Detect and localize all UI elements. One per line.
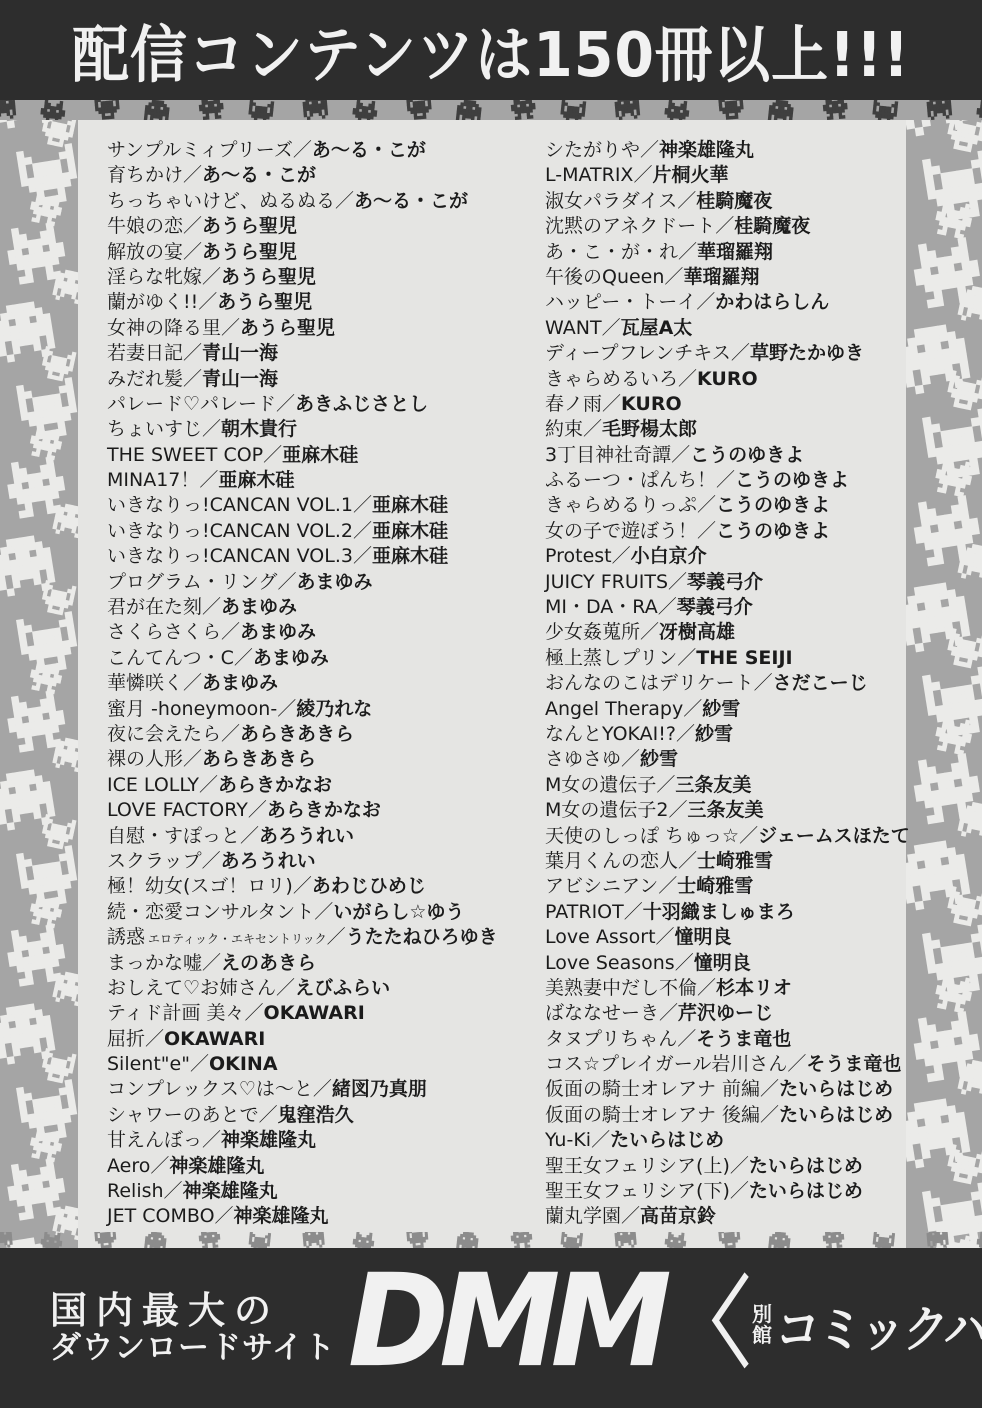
separator: ／: [353, 520, 372, 542]
title-text: 沈黙のアネクドート: [545, 215, 715, 237]
author-text: THE SEIJI: [696, 647, 792, 669]
title-text: 午後のQueen: [545, 266, 664, 288]
title-text: Love Assort: [545, 926, 656, 948]
title-text: 誘惑: [107, 926, 145, 948]
author-text: かわはらしん: [715, 291, 829, 313]
title-text: MINA17！: [107, 469, 199, 491]
author-text: たいらはじめ: [749, 1155, 863, 1177]
author-text: こうのゆきよ: [716, 520, 830, 542]
list-item: 蜜月 -honeymoon-／綾乃れな: [107, 697, 498, 722]
author-text: 小白京介: [631, 545, 707, 567]
list-item: 女の子で遊ぼう！／こうのゆきよ: [545, 519, 910, 544]
annex-label-top: 別: [752, 1304, 772, 1325]
list-item: 仮面の騎士オレアナ 前編／たいらはじめ: [545, 1077, 910, 1102]
separator: ／: [677, 647, 696, 669]
author-text: こうのゆきよ: [716, 494, 830, 516]
list-item: 育ちかけ／あ〜る・こが: [107, 163, 498, 188]
title-text: 天使のしっぽ ちゅっ☆: [545, 825, 739, 847]
author-text: 三条友美: [675, 774, 751, 796]
title-text: 淑女パラダイス: [545, 190, 677, 212]
separator: ／: [675, 952, 694, 974]
separator: ／: [730, 1180, 749, 1202]
separator: ／: [658, 875, 677, 897]
list-item: 解放の宴／あうら聖児: [107, 240, 498, 265]
list-item: 裸の人形／あらきあきら: [107, 747, 498, 772]
author-text: 青山一海: [202, 342, 278, 364]
author-text: 朝木貴行: [221, 418, 297, 440]
title-text: パレード♡パレード: [107, 393, 276, 415]
author-text: KURO: [621, 393, 682, 415]
author-text: 杉本リオ: [716, 977, 792, 999]
header-banner: 配信コンテンツは150冊以上!!!: [0, 0, 982, 100]
title-text: 春ノ雨: [545, 393, 602, 415]
separator: ／: [739, 825, 758, 847]
list-item: タヌプリちゃん／そうま竜也: [545, 1027, 910, 1052]
title-text: なんとYOKAI!?: [545, 723, 676, 745]
list-item: 蘭丸学園／高苗京鈴: [545, 1204, 910, 1229]
author-text: あらきあきら: [240, 723, 354, 745]
separator: ／: [215, 1205, 234, 1227]
separator: ／: [697, 520, 716, 542]
author-text: 華瑠羅翔: [697, 241, 773, 263]
author-text: あまゆみ: [296, 571, 372, 593]
separator: ／: [760, 1078, 779, 1100]
title-text: 甘えんぼっ: [107, 1129, 202, 1151]
author-text: あきふじさとし: [295, 393, 428, 415]
title-text: 蘭丸学園: [545, 1205, 621, 1227]
list-item: Angel Therapy／紗雪: [545, 697, 910, 722]
title-text: WANT: [545, 317, 602, 339]
separator: ／: [697, 494, 716, 516]
title-text: 極上蒸しプリン: [545, 647, 677, 669]
separator: ／: [754, 672, 773, 694]
space-invader-pattern-right: [906, 98, 982, 1248]
title-text: 仮面の騎士オレアナ 後編: [545, 1104, 760, 1126]
list-item: 華憐咲く／あまゆみ: [107, 671, 498, 696]
author-text: いがらし☆ゆう: [333, 901, 464, 923]
list-item: 聖王女フェリシア(上)／たいらはじめ: [545, 1154, 910, 1179]
title-text: 若妻日記: [107, 342, 183, 364]
list-item: 天使のしっぽ ちゅっ☆／ジェームスほたて: [545, 824, 910, 849]
separator: ／: [683, 698, 702, 720]
separator: ／: [656, 774, 675, 796]
title-text: 夜に会えたら: [107, 723, 221, 745]
title-text: コンプレックス♡は〜と: [107, 1078, 313, 1100]
title-text: 牛娘の恋: [107, 215, 183, 237]
title-text: ハッピー・トーイ: [545, 291, 696, 313]
title-text: おんなのこはデリケート: [545, 672, 754, 694]
author-text: 神楽雄隆丸: [221, 1129, 316, 1151]
title-text: JET COMBO: [107, 1205, 215, 1227]
author-text: あまゆみ: [202, 672, 278, 694]
author-text: 神楽雄隆丸: [659, 139, 754, 161]
list-item: MI・DA・RA／琴義弓介: [545, 595, 910, 620]
dmm-logo: DMM: [348, 1257, 662, 1385]
separator: ／: [696, 291, 715, 313]
author-text: 瓦屋A太: [621, 317, 693, 339]
title-text: 裸の人形: [107, 748, 183, 770]
title-text: Protest: [545, 545, 612, 567]
list-item: 若妻日記／青山一海: [107, 341, 498, 366]
title-text: 解放の宴: [107, 241, 183, 263]
list-item: 牛娘の恋／あうら聖児: [107, 214, 498, 239]
list-item: 美熟妻中だし不倫／杉本リオ: [545, 976, 910, 1001]
list-item: WANT／瓦屋A太: [545, 316, 910, 341]
separator: ／: [760, 1104, 779, 1126]
separator: ／: [164, 1180, 183, 1202]
torn-edge-band-top: [0, 98, 982, 120]
list-item: Silent"e"／OKINA: [107, 1052, 498, 1077]
author-text: あまゆみ: [253, 647, 329, 669]
list-item: なんとYOKAI!?／紗雪: [545, 722, 910, 747]
title-text: Aero: [107, 1155, 150, 1177]
separator: ／: [716, 469, 735, 491]
author-text: こうのゆきよ: [735, 469, 849, 491]
author-text: たいらはじめ: [610, 1129, 724, 1151]
space-invader-pattern-left: [0, 98, 78, 1248]
separator: ／: [183, 342, 202, 364]
separator: ／: [183, 241, 202, 263]
title-text: コス☆プレイガール岩川さん: [545, 1053, 787, 1075]
list-item: PATRIOT／十羽織ましゅまろ: [545, 900, 910, 925]
title-text: Yu-Ki: [545, 1129, 591, 1151]
separator: ／: [621, 748, 640, 770]
title-text: Angel Therapy: [545, 698, 683, 720]
separator: ／: [199, 469, 218, 491]
separator: ／: [314, 901, 333, 923]
page-title: 配信コンテンツは150冊以上!!!: [72, 6, 910, 95]
separator: ／: [202, 418, 221, 440]
list-item: 聖王女フェリシア(下)／たいらはじめ: [545, 1179, 910, 1204]
list-item: いきなりっ!CANCAN VOL.2／亜麻木硅: [107, 519, 498, 544]
author-text: あらきあきら: [202, 748, 316, 770]
list-item: ハッピー・トーイ／かわはらしん: [545, 290, 910, 315]
footer-tagline: 国内最大の ダウンロードサイト: [50, 1290, 336, 1366]
title-text: あ・こ・が・れ: [545, 241, 678, 263]
author-text: OKAWARI: [264, 1002, 365, 1024]
author-text: たいらはじめ: [749, 1180, 863, 1202]
title-text: 淫らな牝嫁: [107, 266, 202, 288]
separator: ／: [202, 850, 221, 872]
author-text: 神楽雄隆丸: [169, 1155, 264, 1177]
separator: ／: [313, 1078, 332, 1100]
list-item: ばななせーき／芹沢ゆーじ: [545, 1001, 910, 1026]
list-item: おしえて♡お姉さん／えびふらい: [107, 976, 498, 1001]
title-text: ICE LOLLY: [107, 774, 199, 796]
separator: ／: [183, 164, 202, 186]
title-text: MI・DA・RA: [545, 596, 658, 618]
title-text: ティド計画 美々: [107, 1002, 245, 1024]
title-list-left-column: サンプルミィプリーズ／あ〜る・こが育ちかけ／あ〜る・こがちっちゃいけど、ぬるぬる…: [107, 138, 498, 1230]
author-text: 青山一海: [202, 368, 278, 390]
author-text: 三条友美: [688, 799, 764, 821]
separator: ／: [277, 571, 296, 593]
author-text: こうのゆきよ: [690, 444, 804, 466]
separator: ／: [602, 393, 621, 415]
separator: ／: [668, 571, 687, 593]
list-item: 3丁目神社奇譚／こうのゆきよ: [545, 443, 910, 468]
author-text: 高苗京鈴: [640, 1205, 716, 1227]
author-text: そうま竜也: [806, 1053, 901, 1075]
title-text: いきなりっ!CANCAN VOL.2: [107, 520, 353, 542]
list-item: Relish／神楽雄隆丸: [107, 1179, 498, 1204]
list-item: いきなりっ!CANCAN VOL.3／亜麻木硅: [107, 544, 498, 569]
author-text: そうま竜也: [696, 1028, 791, 1050]
list-item: あ・こ・が・れ／華瑠羅翔: [545, 240, 910, 265]
author-text: 片桐火華: [652, 164, 728, 186]
separator: ／: [677, 190, 696, 212]
author-text: 士崎雅雪: [697, 850, 773, 872]
separator: ／: [221, 723, 240, 745]
author-text: 冴樹高雄: [659, 621, 735, 643]
author-text: あわじひめじ: [312, 875, 426, 897]
author-text: あまゆみ: [240, 621, 316, 643]
author-text: 十羽織ましゅまろ: [643, 901, 795, 923]
author-text: 琴義弓介: [687, 571, 763, 593]
separator: ／: [612, 545, 631, 567]
magazine-ad-page: 配信コンテンツは150冊以上!!! サンプルミィプリーズ／あ〜る・こが育ちかけ／…: [0, 0, 982, 1408]
title-text: Love Seasons: [545, 952, 675, 974]
list-item: シャワーのあとで／鬼窪浩久: [107, 1103, 498, 1128]
separator: ／: [183, 748, 202, 770]
author-text: 緒図乃真朋: [332, 1078, 427, 1100]
author-text: 琴義弓介: [677, 596, 753, 618]
separator: ／: [671, 444, 690, 466]
list-item: 葉月くんの恋人／士崎雅雪: [545, 849, 910, 874]
list-item: MINA17！／亜麻木硅: [107, 468, 498, 493]
author-text: 桂騎魔夜: [696, 190, 772, 212]
author-text: 芹沢ゆーじ: [678, 1002, 773, 1024]
list-item: Love Seasons／憧明良: [545, 951, 910, 976]
list-item: 続・恋愛コンサルタント／いがらし☆ゆう: [107, 900, 498, 925]
list-item: スクラップ／あろうれい: [107, 849, 498, 874]
list-item: 午後のQueen／華瑠羅翔: [545, 265, 910, 290]
title-text: アビシニアン: [545, 875, 658, 897]
list-item: プログラム・リング／あまゆみ: [107, 570, 498, 595]
separator: ／: [659, 1002, 678, 1024]
list-item: サンプルミィプリーズ／あ〜る・こが: [107, 138, 498, 163]
annex-label: 別 館: [752, 1304, 772, 1346]
separator: ／: [234, 647, 253, 669]
author-text: 神楽雄隆丸: [234, 1205, 329, 1227]
list-item: 春ノ雨／KURO: [545, 392, 910, 417]
title-text: 続・恋愛コンサルタント: [107, 901, 314, 923]
author-text: あまゆみ: [221, 596, 297, 618]
title-text: 約束: [545, 418, 583, 440]
angle-bracket-left-icon: 〈: [672, 1276, 750, 1374]
title-text: JUICY FRUITS: [545, 571, 668, 593]
title-text: 華憐咲く: [107, 672, 183, 694]
list-item: おんなのこはデリケート／さだこーじ: [545, 671, 910, 696]
author-text: あろうれい: [221, 850, 316, 872]
list-item: ふるーつ・ぱんち！／こうのゆきよ: [545, 468, 910, 493]
list-item: THE SWEET COP／亜麻木硅: [107, 443, 498, 468]
author-text: KURO: [697, 368, 758, 390]
separator: ／: [150, 1155, 169, 1177]
separator: ／: [730, 1155, 749, 1177]
author-text: たいらはじめ: [779, 1104, 893, 1126]
title-text: Relish: [107, 1180, 164, 1202]
author-text: あ〜る・こが: [354, 190, 468, 212]
author-text: あらきかなお: [267, 799, 381, 821]
separator: ／: [678, 241, 697, 263]
separator: ／: [621, 1205, 640, 1227]
separator: ／: [245, 1002, 264, 1024]
author-text: あうら聖児: [202, 215, 297, 237]
author-text: 毛野楊太郎: [602, 418, 697, 440]
list-item: ちょいすじ／朝木貴行: [107, 417, 498, 442]
list-item: 少女姦蒐所／冴樹高雄: [545, 620, 910, 645]
list-item: アビシニアン／士崎雅雪: [545, 874, 910, 899]
author-text: 亜麻木硅: [372, 494, 448, 516]
separator: ／: [633, 164, 652, 186]
author-text: えのあきら: [221, 952, 316, 974]
list-item: 極上蒸しプリン／THE SEIJI: [545, 646, 910, 671]
separator: ／: [656, 926, 675, 948]
title-text: スクラップ: [107, 850, 202, 872]
list-item: 女神の降る里／あうら聖児: [107, 316, 498, 341]
list-item: さくらさくら／あまゆみ: [107, 620, 498, 645]
separator: ／: [353, 545, 372, 567]
separator: ／: [263, 444, 282, 466]
subtitle-text: エロティック・エキセントリック: [148, 932, 327, 946]
title-text: サンプルミィプリーズ: [107, 139, 293, 161]
list-item: みだれ髪／青山一海: [107, 367, 498, 392]
author-text: 憧明良: [694, 952, 751, 974]
list-item: 約束／毛野楊太郎: [545, 417, 910, 442]
list-item: Aero／神楽雄隆丸: [107, 1154, 498, 1179]
title-text: THE SWEET COP: [107, 444, 263, 466]
title-text: ちょいすじ: [107, 418, 202, 440]
title-text: シたがりや: [545, 139, 640, 161]
separator: ／: [677, 1028, 696, 1050]
list-item: 屈折／OKAWARI: [107, 1027, 498, 1052]
title-text: 育ちかけ: [107, 164, 183, 186]
author-text: あうら聖児: [202, 241, 297, 263]
list-item: 仮面の騎士オレアナ 後編／たいらはじめ: [545, 1103, 910, 1128]
list-item: まっかな嘘／えのあきら: [107, 951, 498, 976]
author-text: うたたねひろゆき: [346, 926, 498, 948]
title-text: プログラム・リング: [107, 571, 277, 593]
author-text: さだこーじ: [773, 672, 868, 694]
list-item: 蘭がゆく!!／あうら聖児: [107, 290, 498, 315]
author-text: あ〜る・こが: [202, 164, 316, 186]
separator: ／: [664, 266, 683, 288]
list-item: 誘惑エロティック・エキセントリック／うたたねひろゆき: [107, 925, 498, 950]
author-text: あらきかなお: [218, 774, 332, 796]
title-text: 葉月くんの恋人: [545, 850, 678, 872]
list-item: Yu-Ki／たいらはじめ: [545, 1128, 910, 1153]
separator: ／: [335, 190, 354, 212]
title-text: 蜜月 -honeymoon-: [107, 698, 277, 720]
list-item: いきなりっ!CANCAN VOL.1／亜麻木硅: [107, 493, 498, 518]
title-text: 仮面の騎士オレアナ 前編: [545, 1078, 760, 1100]
list-item: ティド計画 美々／OKAWARI: [107, 1001, 498, 1026]
list-item: 甘えんぼっ／神楽雄隆丸: [107, 1128, 498, 1153]
list-item: JET COMBO／神楽雄隆丸: [107, 1204, 498, 1229]
author-text: 神楽雄隆丸: [183, 1180, 278, 1202]
separator: ／: [697, 977, 716, 999]
footer-tagline-line1: 国内最大の: [50, 1290, 336, 1331]
title-text: 美熟妻中だし不倫: [545, 977, 697, 999]
list-item: Love Assort／憧明良: [545, 925, 910, 950]
author-text: 憧明良: [675, 926, 732, 948]
footer-tagline-line2: ダウンロードサイト: [50, 1331, 336, 1366]
list-item: 極！幼女(スゴ！ロリ)／あわじひめじ: [107, 874, 498, 899]
title-text: いきなりっ!CANCAN VOL.1: [107, 494, 353, 516]
separator: ／: [640, 621, 659, 643]
separator: ／: [591, 1129, 610, 1151]
separator: ／: [248, 799, 267, 821]
title-text: Silent"e": [107, 1053, 190, 1075]
separator: ／: [715, 215, 734, 237]
separator: ／: [198, 291, 217, 313]
comic-house-brand: コミックハウス: [773, 1288, 982, 1362]
title-text: まっかな嘘: [107, 952, 202, 974]
title-text: ばななせーき: [545, 1002, 659, 1024]
separator: ／: [583, 418, 602, 440]
author-text: 綾乃れな: [296, 698, 372, 720]
separator: ／: [678, 850, 697, 872]
author-text: 亜麻木硅: [218, 469, 294, 491]
list-item: パレード♡パレード／あきふじさとし: [107, 392, 498, 417]
author-text: 紗雪: [695, 723, 733, 745]
author-text: あうら聖児: [217, 291, 312, 313]
separator: ／: [276, 977, 295, 999]
title-text: 女の子で遊ぼう！: [545, 520, 697, 542]
author-text: 華瑠羅翔: [683, 266, 759, 288]
separator: ／: [668, 799, 687, 821]
title-text: ディープフレンチキス: [545, 342, 731, 364]
author-text: 桂騎魔夜: [734, 215, 810, 237]
separator: ／: [293, 139, 312, 161]
author-text: あうら聖児: [221, 266, 316, 288]
list-item: ちっちゃいけど、ぬるぬる／あ〜る・こが: [107, 189, 498, 214]
title-text: 少女姦蒐所: [545, 621, 640, 643]
separator: ／: [183, 368, 202, 390]
title-text: 女神の降る里: [107, 317, 221, 339]
list-item: さゆさゆ／紗雪: [545, 747, 910, 772]
title-text: おしえて♡お姉さん: [107, 977, 276, 999]
separator: ／: [676, 723, 695, 745]
separator: ／: [145, 1028, 164, 1050]
separator: ／: [658, 596, 677, 618]
separator: ／: [276, 393, 295, 415]
separator: ／: [202, 266, 221, 288]
author-text: 亜麻木硅: [372, 545, 448, 567]
author-text: 士崎雅雪: [677, 875, 753, 897]
separator: ／: [221, 621, 240, 643]
separator: ／: [240, 825, 259, 847]
title-text: M女の遺伝子2: [545, 799, 668, 821]
separator: ／: [221, 317, 240, 339]
separator: ／: [731, 342, 750, 364]
author-text: あうら聖児: [240, 317, 335, 339]
title-text: 聖王女フェリシア(下): [545, 1180, 730, 1202]
title-text: LOVE FACTORY: [107, 799, 248, 821]
separator: ／: [624, 901, 643, 923]
list-item: LOVE FACTORY／あらきかなお: [107, 798, 498, 823]
separator: ／: [640, 139, 659, 161]
separator: ／: [183, 215, 202, 237]
list-item: ディープフレンチキス／草野たかゆき: [545, 341, 910, 366]
title-text: L-MATRIX: [545, 164, 633, 186]
list-item: M女の遺伝子2／三条友美: [545, 798, 910, 823]
list-item: こんてんつ・C／あまゆみ: [107, 646, 498, 671]
title-text: 聖王女フェリシア(上): [545, 1155, 730, 1177]
title-text: きゃらめるりっぷ: [545, 494, 697, 516]
list-item: コス☆プレイガール岩川さん／そうま竜也: [545, 1052, 910, 1077]
